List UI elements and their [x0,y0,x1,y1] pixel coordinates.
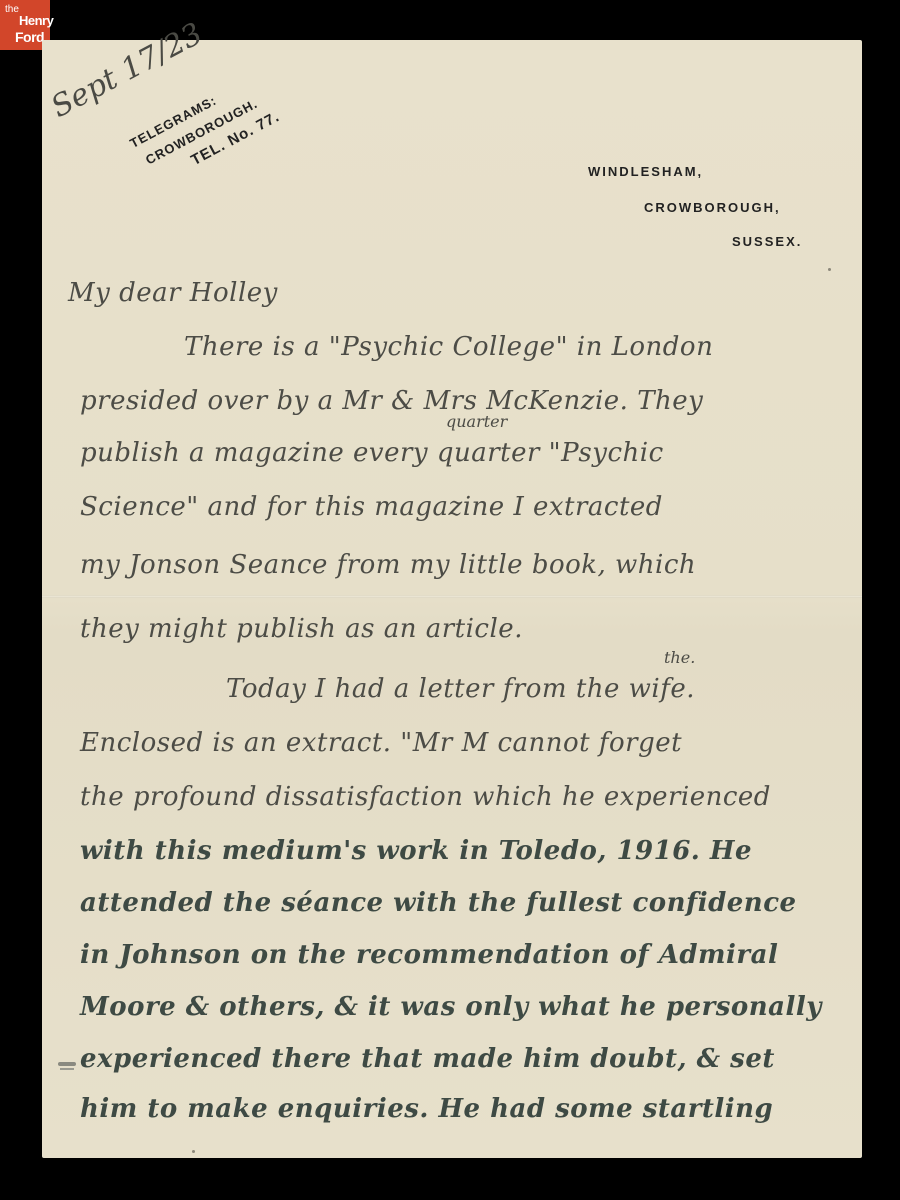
letter-line: attended the séance with the fullest con… [42,888,862,918]
letter-line: my Jonson Seance from my little book, wh… [42,550,862,580]
letter-line: There is a "Psychic College" in London [42,332,862,362]
letter-line: Science" and for this magazine I extract… [42,492,862,522]
address-line-1: WINDLESHAM, [588,164,703,179]
margin-mark [60,1068,74,1070]
paper-speck [828,268,831,271]
letter-line: with this medium's work in Toledo, 1916.… [42,836,862,866]
letter-line: Today I had a letter from the wife. [42,674,862,704]
interlinear-quarter: quarter [446,412,507,431]
letter-line: they might publish as an article. [42,614,862,644]
letter-line: publish a magazine every quarter "Psychi… [42,438,862,468]
letter-line: the profound dissatisfaction which he ex… [42,782,862,812]
letter-line: him to make enquiries. He had some start… [42,1094,862,1124]
letter-page: Sept 17/23 TELEGRAMS: CROWBOROUGH. TEL. … [42,40,862,1158]
paper-speck [192,1150,195,1153]
letter-line: experienced there that made him doubt, &… [42,1044,862,1074]
telegram-block: TELEGRAMS: CROWBOROUGH. TEL. No. 77. [126,67,284,193]
margin-mark [58,1062,76,1066]
fold-line [42,595,862,598]
letter-line: Enclosed is an extract. "Mr M cannot for… [42,728,862,758]
letter-line: in Johnson on the recommendation of Admi… [42,940,862,970]
salutation: My dear Holley [42,278,862,308]
address-line-3: SUSSEX. [732,234,802,249]
interlinear-the: the. [664,648,695,667]
logo-henry: Henry [19,14,53,27]
address-line-2: CROWBOROUGH, [644,200,781,215]
letter-line: Moore & others, & it was only what he pe… [42,992,862,1022]
logo-the: the [5,5,19,15]
logo-ford: Ford [15,30,44,44]
